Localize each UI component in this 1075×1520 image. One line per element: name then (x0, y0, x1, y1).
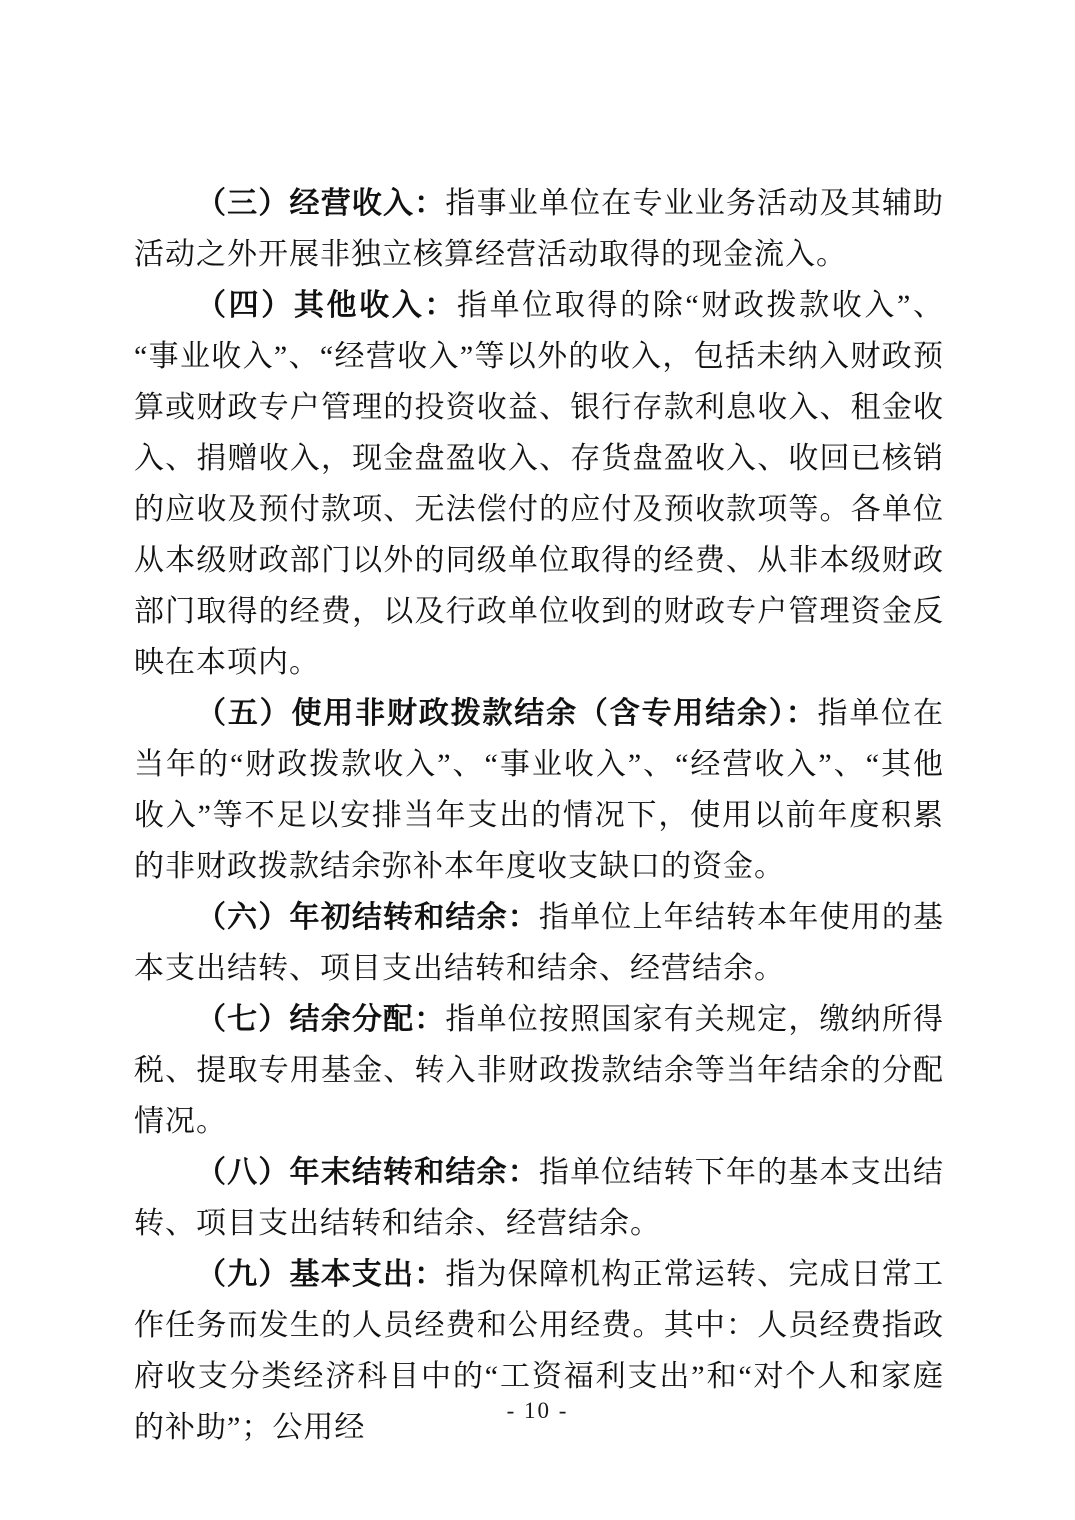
term-label: （三）经营收入： (196, 187, 445, 220)
document-body: （三）经营收入：指事业单位在专业业务活动及其辅助活动之外开展非独立核算经营活动取… (134, 178, 944, 1453)
term-label: （八）年末结转和结余： (196, 1156, 539, 1189)
term-label: （五）使用非财政拨款结余（含专用结余）： (196, 697, 818, 730)
term-label: （四）其他收入： (196, 289, 457, 322)
definition-paragraph-surplus-distribution: （七）结余分配：指单位按照国家有关规定，缴纳所得税、提取专用基金、转入非财政拨款… (134, 994, 944, 1147)
term-definition: 指单位取得的除“财政拨款收入”、“事业收入”、“经营收入”等以外的收入，包括未纳… (134, 289, 944, 679)
term-label: （九）基本支出： (196, 1258, 445, 1291)
document-page: （三）经营收入：指事业单位在专业业务活动及其辅助活动之外开展非独立核算经营活动取… (0, 0, 1075, 1520)
definition-paragraph-year-begin-carryover: （六）年初结转和结余：指单位上年结转本年使用的基本支出结转、项目支出结转和结余、… (134, 892, 944, 994)
definition-paragraph-year-end-carryover: （八）年末结转和结余：指单位结转下年的基本支出结转、项目支出结转和结余、经营结余… (134, 1147, 944, 1249)
term-label: （六）年初结转和结余： (196, 901, 539, 934)
definition-paragraph-non-fiscal-surplus-use: （五）使用非财政拨款结余（含专用结余）：指单位在当年的“财政拨款收入”、“事业收… (134, 688, 944, 892)
term-label: （七）结余分配： (196, 1003, 445, 1036)
definition-paragraph-other-income: （四）其他收入：指单位取得的除“财政拨款收入”、“事业收入”、“经营收入”等以外… (134, 280, 944, 688)
definition-paragraph-operating-income: （三）经营收入：指事业单位在专业业务活动及其辅助活动之外开展非独立核算经营活动取… (134, 178, 944, 280)
page-number: - 10 - (0, 1398, 1075, 1424)
